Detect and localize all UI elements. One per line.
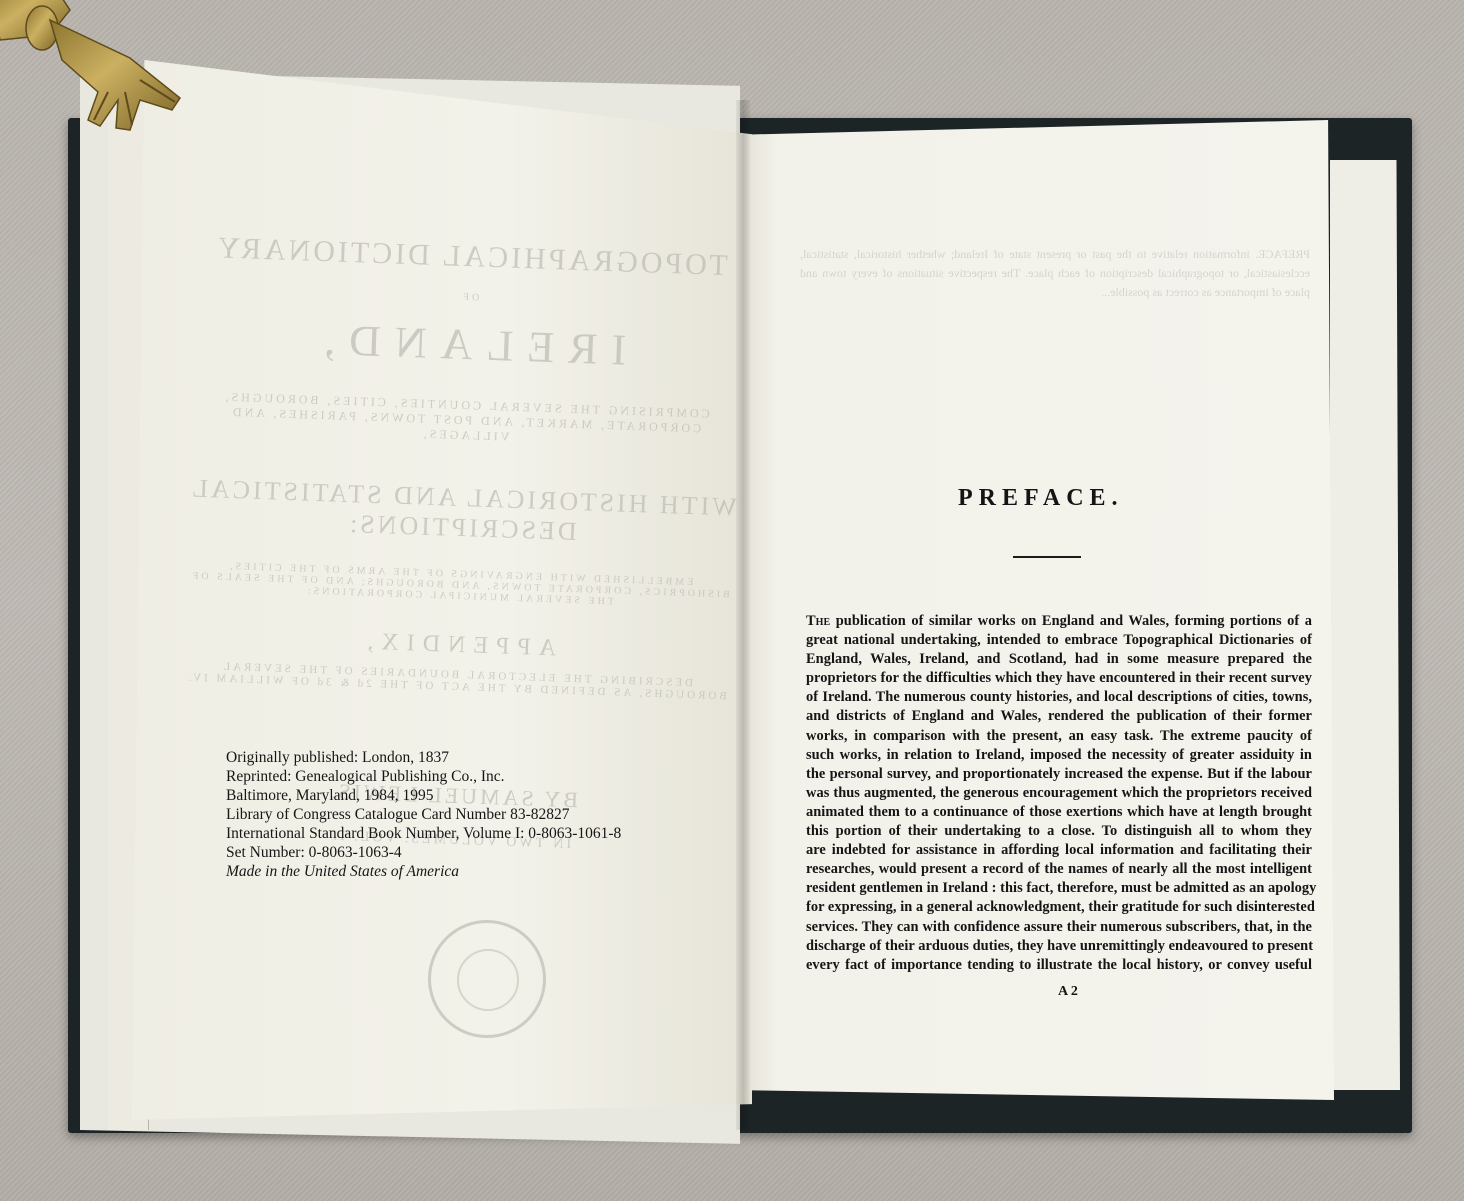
copyright-line: Originally published: London, 1837 [226,748,686,767]
title-rule-divider [1013,556,1081,558]
publisher-seal-icon [428,920,546,1038]
bleed-title-line: OF [190,282,750,313]
body-line: proprietors for the difficulties which t… [806,669,1312,688]
brass-hand-clip-icon [0,0,190,140]
body-line: discharge of their arduous duties, they … [806,937,1312,956]
body-line: this portion of their undertaking to a c… [806,822,1312,841]
drop-lead-word: The [806,613,830,629]
body-line: services. They can with confidence assur… [806,918,1312,937]
body-line: for expressing, in a general acknowledgm… [806,898,1312,917]
bleed-title-line: EMBELLISHED WITH ENGRAVINGS OF THE ARMS … [179,559,740,612]
body-line: researches, would present a record of th… [806,860,1312,879]
bleed-title-line: IRELAND, [187,309,748,380]
bleed-title-line: COMPRISING THE SEVERAL COUNTIES, CITIES,… [185,388,746,453]
copyright-line: Set Number: 0-8063-1063-4 [226,843,686,862]
body-line: are indebted for assistance in affording… [806,841,1312,860]
body-line: The publication of similar works on Engl… [806,612,1312,631]
bleed-title-line: WITH HISTORICAL AND STATISTICAL DESCRIPT… [181,473,743,553]
body-line: England, Wales, Ireland, and Scotland, h… [806,650,1312,669]
page-title: PREFACE. [958,485,1124,512]
body-line: resident gentlemen in Ireland : this fac… [806,879,1312,898]
body-line: of Ireland. The numerous county historie… [806,688,1312,707]
bleed-through-text: PREFACE. information relative to the pas… [800,245,1310,302]
copyright-notice: Originally published: London, 1837 Repri… [226,748,686,881]
body-line: great national undertaking, intended to … [806,631,1312,650]
copyright-line: International Standard Book Number, Volu… [226,824,686,843]
body-line: was thus augmented, the generous encoura… [806,784,1312,803]
copyright-line: Baltimore, Maryland, 1984, 1995 [226,786,686,805]
right-page-edge [1330,160,1400,1090]
copyright-line: Library of Congress Catalogue Card Numbe… [226,805,686,824]
signature-mark: A 2 [1058,984,1078,1000]
body-line: every fact of importance tending to illu… [806,956,1312,975]
body-line: and districts of England and Wales, rend… [806,707,1312,726]
body-line: such works, in relation to Ireland, impo… [806,746,1312,765]
copyright-line: Reprinted: Genealogical Publishing Co., … [226,767,686,786]
bleed-title-line: TOPOGRAPHICAL DICTIONARY [191,230,752,284]
body-line: works, in comparison with the present, a… [806,727,1312,746]
body-line: animated them to a continuance of those … [806,803,1312,822]
preface-body: The publication of similar works on Engl… [806,612,1312,975]
body-line: the personal survey, and proportionately… [806,765,1312,784]
copyright-origin-line: Made in the United States of America [226,862,686,881]
